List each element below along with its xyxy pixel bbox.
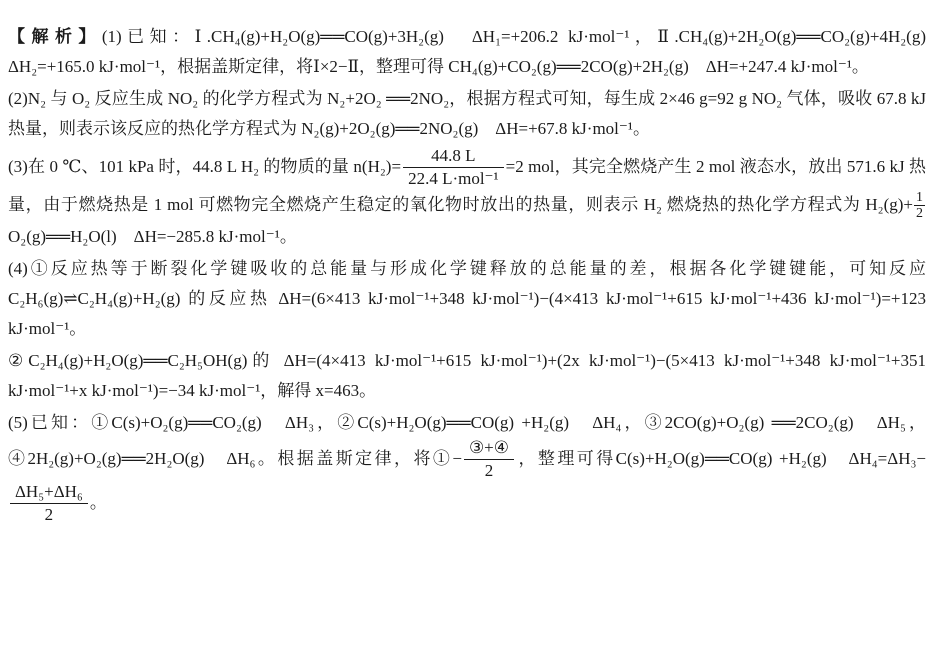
paragraph-3-text-3: O₂(g)══H₂O(l) ΔH=−285.8 kJ·mol⁻¹。 xyxy=(8,227,297,246)
paragraph-6: (5)已知：①C(s)+O₂(g)══CO₂(g) ΔH₃，②C(s)+H₂O(… xyxy=(8,408,926,526)
fraction-one-half: 12 xyxy=(914,190,925,222)
paragraph-4-text: (4)①反应热等于断裂化学键吸收的总能量与形成化学键释放的总能量的差，根据各化学… xyxy=(8,259,926,338)
fraction-eq3-plus-eq4-numerator: ③+④ xyxy=(464,438,514,460)
paragraph-5: ②C₂H₄(g)+H₂O(g)══C₂H₅OH(g)的 ΔH=(4×413 kJ… xyxy=(8,346,926,406)
paragraph-5-text: ②C₂H₄(g)+H₂O(g)══C₂H₅OH(g)的 ΔH=(4×413 kJ… xyxy=(8,351,926,400)
fraction-dh5-plus-dh6-numerator: ΔH₅+ΔH₆ xyxy=(10,482,88,504)
fraction-eq3-plus-eq4-denominator: 2 xyxy=(464,460,514,481)
fraction-molar-volume-numerator: 44.8 L xyxy=(403,146,504,168)
fraction-eq3-plus-eq4: ③+④2 xyxy=(464,438,514,482)
solution-document: 【解析】(1)已知：Ⅰ.CH₄(g)+H₂O(g)══CO(g)+3H₂(g) … xyxy=(0,0,936,645)
fraction-one-half-numerator: 1 xyxy=(914,190,925,206)
paragraph-4: (4)①反应热等于断裂化学键吸收的总能量与形成化学键释放的总能量的差，根据各化学… xyxy=(8,254,926,344)
paragraph-1: 【解析】(1)已知：Ⅰ.CH₄(g)+H₂O(g)══CO(g)+3H₂(g) … xyxy=(8,22,926,82)
paragraph-6-text-2: ，整理可得C(s)+H₂O(g)══CO(g) +H₂(g) ΔH₄=ΔH₃− xyxy=(516,449,926,468)
paragraph-6-text-3: 。 xyxy=(90,492,107,511)
fraction-one-half-denominator: 2 xyxy=(914,206,925,221)
fraction-molar-volume: 44.8 L22.4 L·mol⁻¹ xyxy=(403,146,504,190)
paragraph-3: (3)在 0 ℃、101 kPa 时，44.8 L H₂ 的物质的量 n(H₂)… xyxy=(8,146,926,252)
analysis-label: 【解析】 xyxy=(8,27,102,46)
paragraph-2: (2)N₂ 与 O₂ 反应生成 NO₂ 的化学方程式为 N₂+2O₂ ══2NO… xyxy=(8,84,926,144)
paragraph-3-text-1: (3)在 0 ℃、101 kPa 时，44.8 L H₂ 的物质的量 n(H₂)… xyxy=(8,157,401,176)
paragraph-1-text: (1)已知：Ⅰ.CH₄(g)+H₂O(g)══CO(g)+3H₂(g) ΔH₁=… xyxy=(8,27,936,76)
paragraph-2-text: (2)N₂ 与 O₂ 反应生成 NO₂ 的化学方程式为 N₂+2O₂ ══2NO… xyxy=(8,89,926,138)
fraction-molar-volume-denominator: 22.4 L·mol⁻¹ xyxy=(403,168,504,189)
fraction-dh5-plus-dh6-denominator: 2 xyxy=(10,504,88,525)
fraction-dh5-plus-dh6: ΔH₅+ΔH₆2 xyxy=(10,482,88,526)
